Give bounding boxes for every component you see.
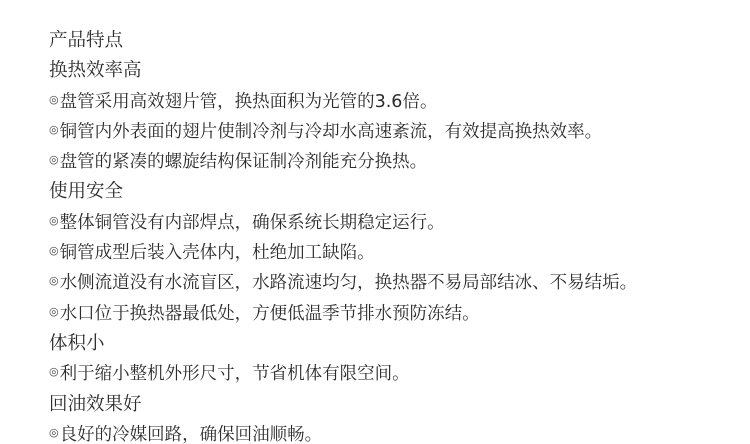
- list-item-text: 铜管内外表面的翅片使制冷剂与冷却水高速紊流，有效提高换热效率。: [60, 117, 603, 147]
- bullseye-bullet-icon: ◎: [49, 145, 59, 175]
- bullseye-bullet-icon: ◎: [49, 297, 59, 327]
- section-heat-efficiency: 换热效率高 ◎ 盘管采用高效翅片管，换热面积为光管的3.6倍。 ◎ 铜管内外表面…: [49, 56, 637, 177]
- list-item: ◎ 水侧流道没有水流盲区，水路流速均匀，换热器不易局部结冰、不易结垢。: [49, 268, 637, 298]
- section-compact-size: 体积小 ◎ 利于缩小整机外形尺寸，节省机体有限空间。: [49, 329, 637, 390]
- list-item-text: 铜管成型后装入壳体内，杜绝加工缺陷。: [60, 238, 375, 268]
- bullseye-bullet-icon: ◎: [49, 85, 59, 115]
- section-heading: 换热效率高: [49, 56, 637, 86]
- section-heading: 使用安全: [49, 177, 637, 207]
- bullseye-bullet-icon: ◎: [49, 266, 59, 296]
- bullseye-bullet-icon: ◎: [49, 357, 59, 387]
- list-item-text: 水侧流道没有水流盲区，水路流速均匀，换热器不易局部结冰、不易结垢。: [60, 268, 638, 298]
- section-safety: 使用安全 ◎ 整体铜管没有内部焊点，确保系统长期稳定运行。 ◎ 铜管成型后装入壳…: [49, 177, 637, 328]
- list-item: ◎ 良好的冷媒回路，确保回油顺畅。: [49, 420, 637, 444]
- list-item: ◎ 水口位于换热器最低处，方便低温季节排水预防冻结。: [49, 299, 637, 329]
- list-item-text: 良好的冷媒回路，确保回油顺畅。: [60, 420, 323, 444]
- list-item-text: 整体铜管没有内部焊点，确保系统长期稳定运行。: [60, 208, 445, 238]
- list-item: ◎ 盘管采用高效翅片管，换热面积为光管的3.6倍。: [49, 87, 637, 117]
- section-heading: 体积小: [49, 329, 637, 359]
- list-item: ◎ 铜管内外表面的翅片使制冷剂与冷却水高速紊流，有效提高换热效率。: [49, 117, 637, 147]
- bullseye-bullet-icon: ◎: [49, 115, 59, 145]
- section-heading: 回油效果好: [49, 390, 637, 420]
- list-item: ◎ 利于缩小整机外形尺寸，节省机体有限空间。: [49, 359, 637, 389]
- bullseye-bullet-icon: ◎: [49, 206, 59, 236]
- document-title: 产品特点: [49, 26, 637, 56]
- list-item-text: 盘管的紧凑的螺旋结构保证制冷剂能充分换热。: [60, 147, 428, 177]
- product-features-document: 产品特点 换热效率高 ◎ 盘管采用高效翅片管，换热面积为光管的3.6倍。 ◎ 铜…: [49, 26, 637, 444]
- list-item: ◎ 铜管成型后装入壳体内，杜绝加工缺陷。: [49, 238, 637, 268]
- list-item: ◎ 整体铜管没有内部焊点，确保系统长期稳定运行。: [49, 208, 637, 238]
- list-item: ◎ 盘管的紧凑的螺旋结构保证制冷剂能充分换热。: [49, 147, 637, 177]
- bullseye-bullet-icon: ◎: [49, 418, 59, 444]
- list-item-text: 盘管采用高效翅片管，换热面积为光管的3.6倍。: [60, 87, 438, 117]
- section-oil-return: 回油效果好 ◎ 良好的冷媒回路，确保回油顺畅。: [49, 390, 637, 444]
- list-item-text: 水口位于换热器最低处，方便低温季节排水预防冻结。: [60, 299, 480, 329]
- bullseye-bullet-icon: ◎: [49, 236, 59, 266]
- list-item-text: 利于缩小整机外形尺寸，节省机体有限空间。: [60, 359, 410, 389]
